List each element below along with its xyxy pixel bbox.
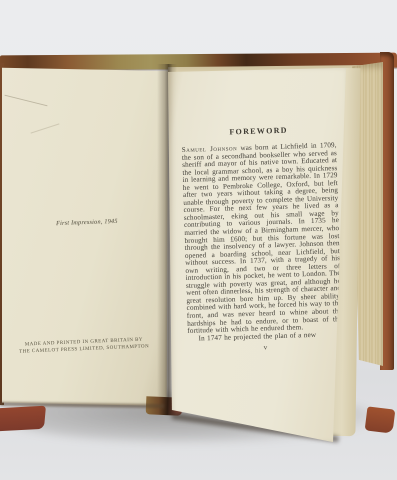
foreword-paragraph-1-rest: was born at Lichfield in 1709, the son o… [182, 141, 342, 335]
foreword-paragraph-1: Samuel Johnson was born at Lichfield in … [182, 142, 343, 335]
page-number: v [188, 341, 343, 354]
page-scratch [5, 95, 48, 107]
photo-backdrop: First Impression, 1945 MADE AND PRINTED … [0, 0, 397, 480]
right-page-foreword: FOREWORD Samuel Johnson was born at Lich… [168, 66, 346, 444]
cover-corner-bottom-left [0, 406, 46, 432]
printer-imprint: MADE AND PRINTED IN GREAT BRITAIN BY THE… [12, 336, 156, 356]
foreword-heading: FOREWORD [181, 124, 336, 138]
edition-line: First Impression, 1945 [56, 218, 118, 227]
foreword-text-block: FOREWORD Samuel Johnson was born at Lich… [181, 124, 343, 354]
left-page: First Impression, 1945 MADE AND PRINTED … [2, 66, 168, 406]
cover-corner-bottom-right [365, 406, 396, 433]
page-scratch [31, 123, 60, 133]
